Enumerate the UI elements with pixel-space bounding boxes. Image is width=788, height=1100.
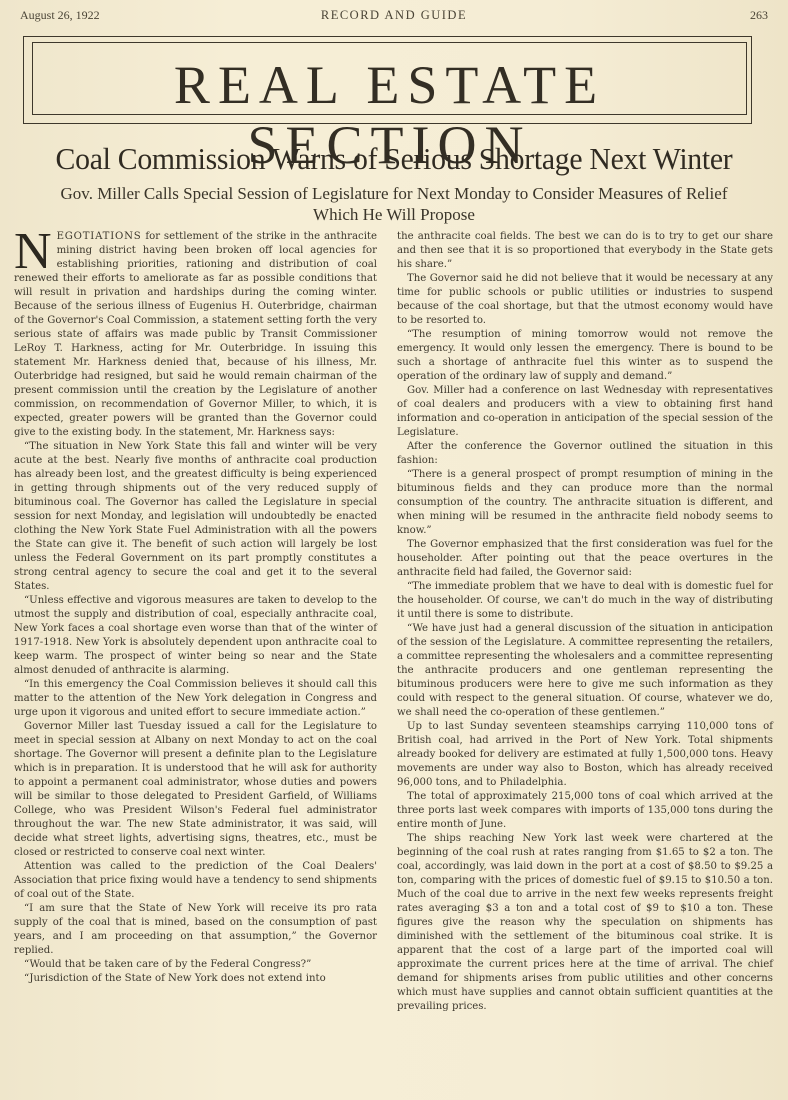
article-column-left: NEGOTIATIONS for settlement of the strik… xyxy=(14,230,377,986)
lead-text: for settlement of the strike in the anth… xyxy=(14,231,377,438)
paragraph: The Governor said he did not believe tha… xyxy=(397,272,773,328)
paragraph: “In this emergency the Coal Commission b… xyxy=(14,678,377,720)
paragraph: “The situation in New York State this fa… xyxy=(14,440,377,594)
article-deck: Gov. Miller Calls Special Session of Leg… xyxy=(60,183,728,225)
paragraph: Up to last Sunday seventeen steamships c… xyxy=(397,720,773,790)
paragraph: Attention was called to the prediction o… xyxy=(14,860,377,902)
publication-name: RECORD AND GUIDE xyxy=(20,8,768,23)
paragraph: “I am sure that the State of New York wi… xyxy=(14,902,377,958)
section-banner: REAL ESTATE SECTION xyxy=(23,36,752,124)
article-column-right: the anthracite coal fields. The best we … xyxy=(397,230,773,1014)
paragraph: “We have just had a general discussion o… xyxy=(397,622,773,720)
paragraph: “There is a general prospect of prompt r… xyxy=(397,468,773,538)
page-number: 263 xyxy=(750,8,768,23)
lead-caps: EGOTIATIONS xyxy=(57,231,142,242)
section-banner-inner-border: REAL ESTATE SECTION xyxy=(32,42,747,115)
paragraph: The Governor emphasized that the first c… xyxy=(397,538,773,580)
paragraph: “Jurisdiction of the State of New York d… xyxy=(14,972,377,986)
paragraph: “The immediate problem that we have to d… xyxy=(397,580,773,622)
paragraph: Governor Miller last Tuesday issued a ca… xyxy=(14,720,377,860)
lead-paragraph: NEGOTIATIONS for settlement of the strik… xyxy=(14,230,377,440)
paragraph: the anthracite coal fields. The best we … xyxy=(397,230,773,272)
paragraph: Gov. Miller had a conference on last Wed… xyxy=(397,384,773,440)
running-head: August 26, 1922 RECORD AND GUIDE 263 xyxy=(20,8,768,24)
paragraph: After the conference the Governor outlin… xyxy=(397,440,773,468)
paragraph: The ships reaching New York last week we… xyxy=(397,832,773,1014)
paragraph: “The resumption of mining tomorrow would… xyxy=(397,328,773,384)
paragraph: The total of approximately 215,000 tons … xyxy=(397,790,773,832)
paragraph: “Unless effective and vigorous measures … xyxy=(14,594,377,678)
drop-cap: N xyxy=(14,232,52,272)
paragraph: “Would that be taken care of by the Fede… xyxy=(14,958,377,972)
article-headline: Coal Commission Warns of Serious Shortag… xyxy=(16,141,772,177)
newspaper-page: August 26, 1922 RECORD AND GUIDE 263 REA… xyxy=(0,0,788,1100)
